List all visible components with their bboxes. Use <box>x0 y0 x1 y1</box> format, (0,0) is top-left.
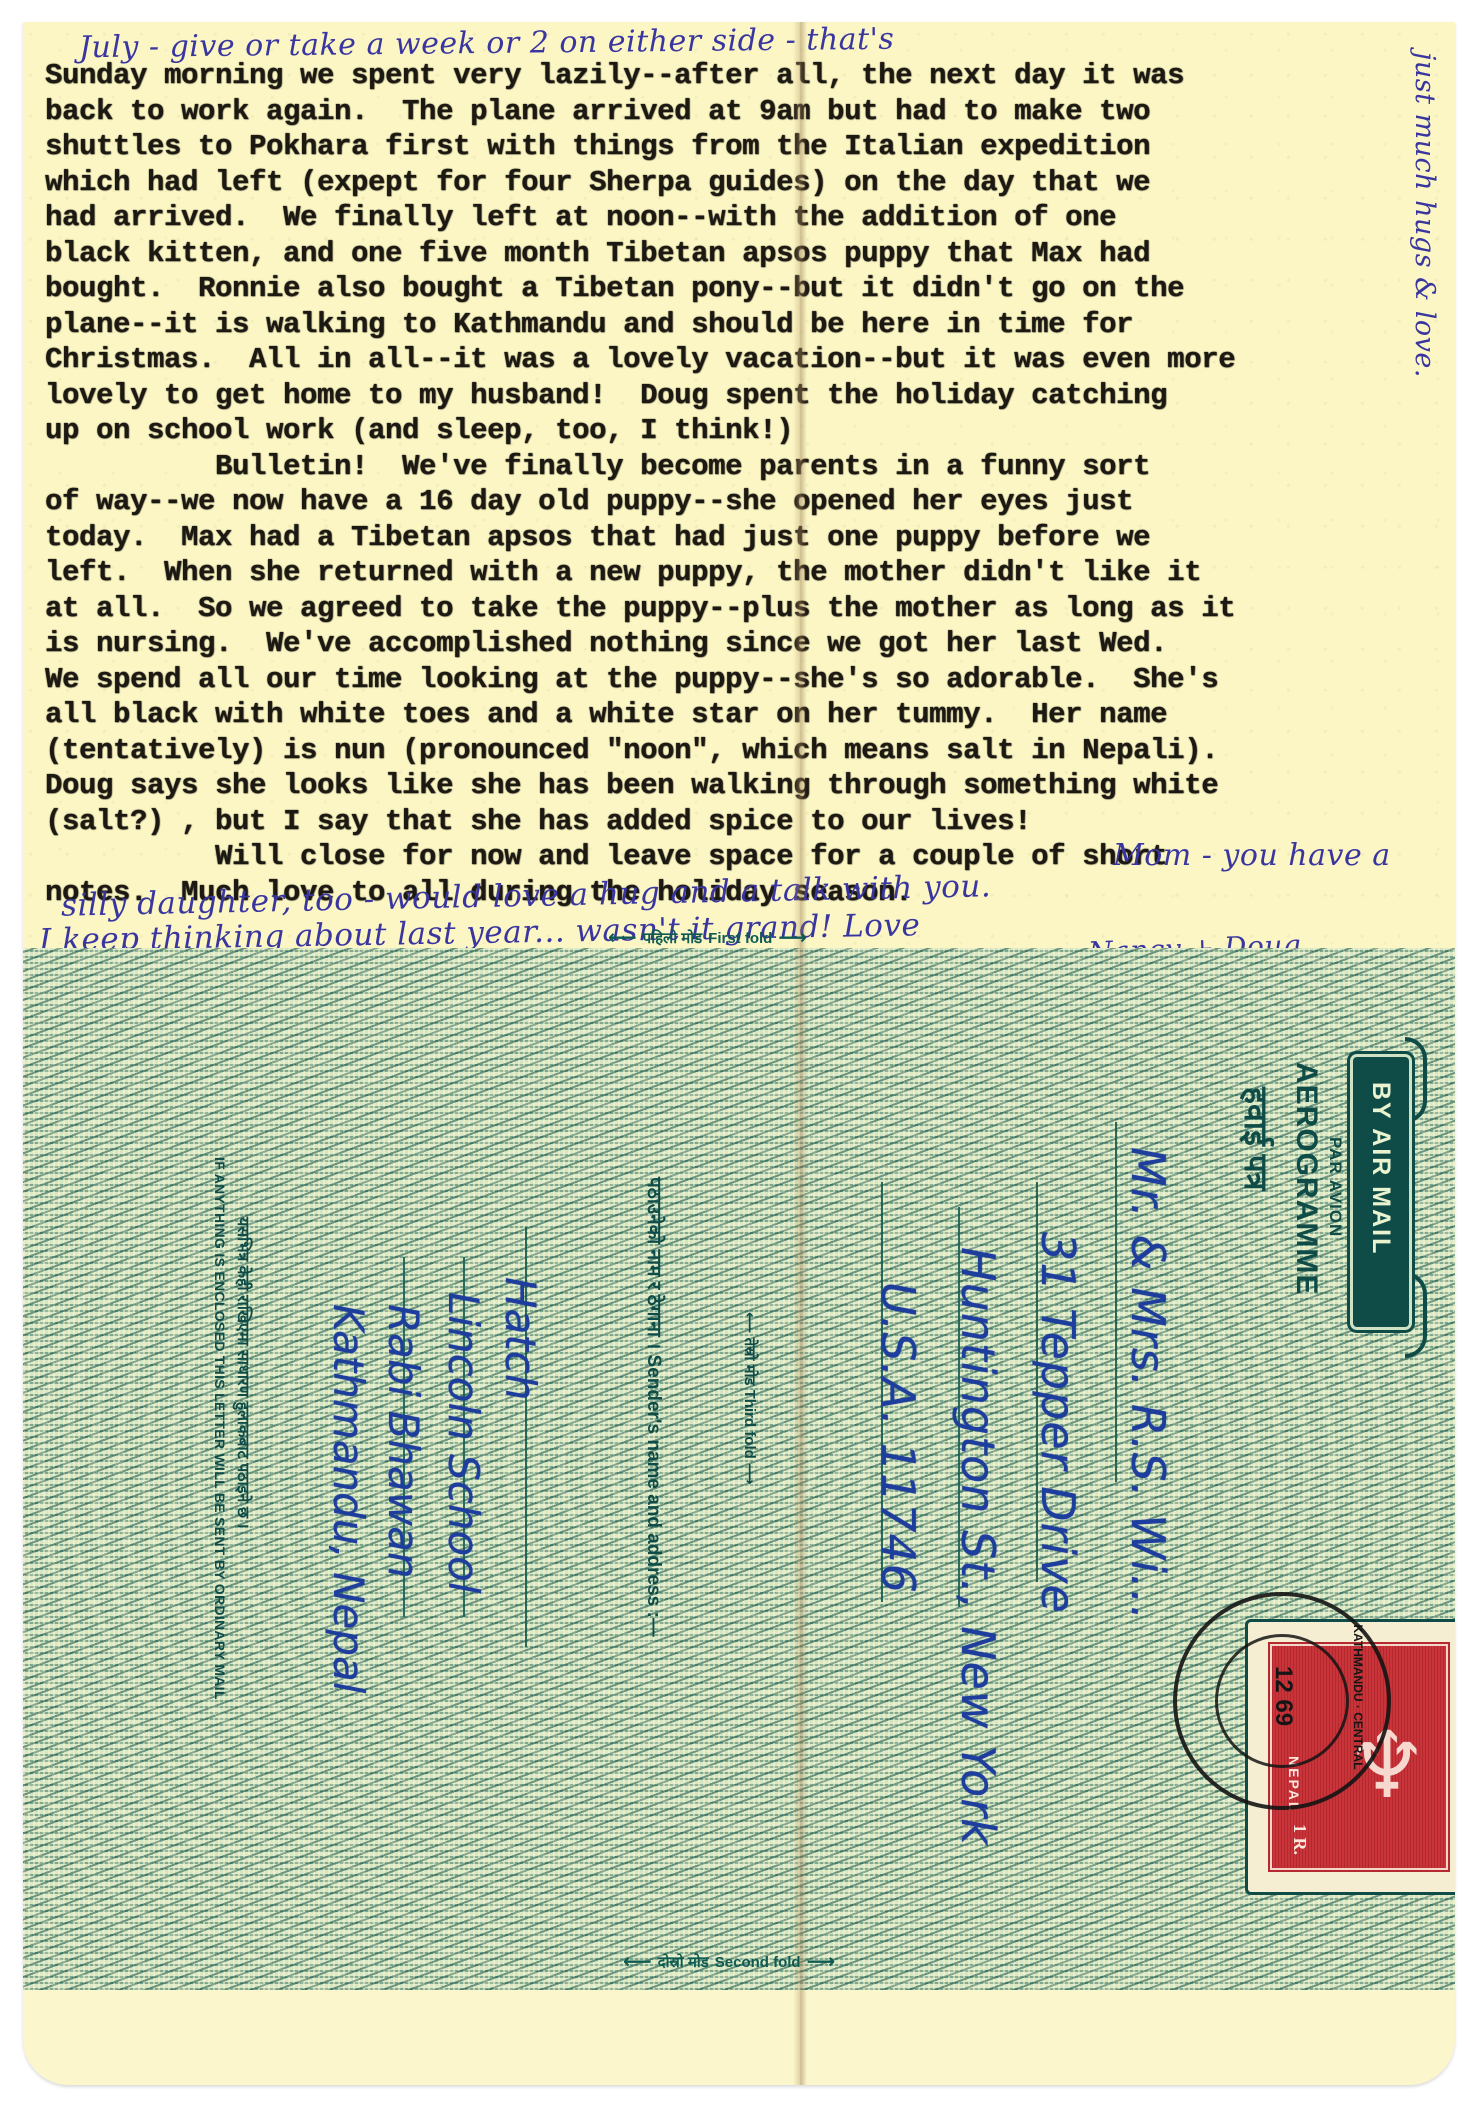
typed-line: left. When she returned with a new puppy… <box>45 555 1445 591</box>
typed-line: at all. So we agreed to take the puppy--… <box>45 591 1445 627</box>
second-fold-marker: ⟵ दोस्रो मोड Second fold ⟶ <box>623 1952 835 1972</box>
typed-line: is nursing. We've accomplished nothing s… <box>45 626 1445 662</box>
first-fold-devanagari: पहिलो मोड <box>643 928 702 948</box>
typed-line: We spend all our time looking at the pup… <box>45 662 1445 698</box>
recipient-street: 31 Tepper Drive <box>1031 1232 1085 1614</box>
enclosure-notice-english: IF ANYTHING IS ENCLOSED THIS LETTER WILL… <box>212 1157 228 1700</box>
typed-line: which had left (expept for four Sherpa g… <box>45 165 1445 201</box>
arrow-right-icon: ⟶ <box>741 1463 758 1485</box>
typed-line: Bulletin! We've finally become parents i… <box>45 449 1445 485</box>
arrow-left-icon: ⟵ <box>623 1952 652 1972</box>
second-fold-label: Second fold <box>715 1954 801 1971</box>
typed-line: today. Max had a Tibetan apsos that had … <box>45 520 1445 556</box>
second-fold-devanagari: दोस्रो मोड <box>658 1952 709 1972</box>
typed-line: all black with white toes and a white st… <box>45 697 1445 733</box>
arrow-right-icon: ⟶ <box>807 1952 836 1972</box>
first-fold-label: First fold <box>708 930 772 947</box>
aerogramme-title: AEROGRAMME <box>1289 1062 1323 1295</box>
postmark-cancellation: KATHMANDU · CENTRAL 12 69 <box>1173 1592 1391 1810</box>
typed-line: Doug says she looks like she has been wa… <box>45 768 1445 804</box>
typed-line: lovely to get home to my husband! Doug s… <box>45 378 1445 414</box>
arrow-left-icon: ⟵ <box>741 1312 758 1338</box>
recipient-city-state: Huntington St., New York <box>951 1247 1005 1846</box>
letter-body: July - give or take a week or 2 on eithe… <box>23 22 1455 948</box>
recipient-name: Mr. & Mrs. R.S. Wi... <box>1121 1147 1175 1621</box>
typed-line: black kitten, and one five month Tibetan… <box>45 236 1445 272</box>
typed-line: (salt?) , but I say that she has added s… <box>45 804 1445 840</box>
aerogramme-title-devanagari: हवाई पत्र <box>1235 1087 1278 1191</box>
typed-line: (tentatively) is nun (pronounced "noon",… <box>45 733 1445 769</box>
bottom-flap <box>23 1990 1455 2085</box>
typed-line: back to work again. The plane arrived at… <box>45 94 1445 130</box>
handwritten-postscript-start: Mom - you have a <box>1113 838 1391 873</box>
aerogramme-letter: July - give or take a week or 2 on eithe… <box>23 22 1455 2085</box>
arrow-right-icon: ⟶ <box>778 928 807 948</box>
third-fold-devanagari: तेस्रो मोड <box>741 1338 758 1386</box>
third-fold-marker: ⟵ तेस्रो मोड Third fold ⟶ <box>740 1312 760 1484</box>
typed-line: Sunday morning we spent very lazily--aft… <box>45 58 1445 94</box>
typed-line: plane--it is walking to Kathmandu and sh… <box>45 307 1445 343</box>
typed-line: up on school work (and sleep, too, I thi… <box>45 413 1445 449</box>
typed-line: had arrived. We finally left at noon--wi… <box>45 200 1445 236</box>
first-fold-marker: ⟵ पहिलो मोड First fold ⟶ <box>608 928 807 948</box>
sender-name: Hatch <box>496 1277 545 1401</box>
sender-school: Lincoln School <box>439 1292 488 1594</box>
typed-line: Christmas. All in all--it was a lovely v… <box>45 342 1445 378</box>
typed-line: bought. Ronnie also bought a Tibetan pon… <box>45 271 1445 307</box>
by-air-mail-label: BY AIR MAIL <box>1366 1082 1395 1255</box>
typed-letter-text: Sunday morning we spent very lazily--aft… <box>45 58 1445 910</box>
third-fold-label: Third fold <box>741 1390 758 1459</box>
sender-locality: Rabi Bhawan <box>379 1304 428 1578</box>
postmark-date: 12 69 <box>1269 1666 1297 1726</box>
par-avion-label: PAR AVION <box>1325 1137 1345 1237</box>
address-guide-line <box>1115 1122 1117 1482</box>
arrow-left-icon: ⟵ <box>608 928 637 948</box>
sender-address-label: पठाउनेको नाम र ठेगाना । Sender's name an… <box>642 1177 668 1637</box>
stamp-value: 1 R. <box>1289 1824 1310 1855</box>
recipient-country-zip: U.S.A. 11746 <box>871 1282 925 1594</box>
sender-city-country: Kathmandu, Nepal <box>324 1304 373 1693</box>
typed-line: of way--we now have a 16 day old puppy--… <box>45 484 1445 520</box>
typed-line: shuttles to Pokhara first with things fr… <box>45 129 1445 165</box>
enclosure-notice-devanagari: यसभित्र केही राखिएमा साधारण हुलाकबाट पठा… <box>233 1217 255 1529</box>
